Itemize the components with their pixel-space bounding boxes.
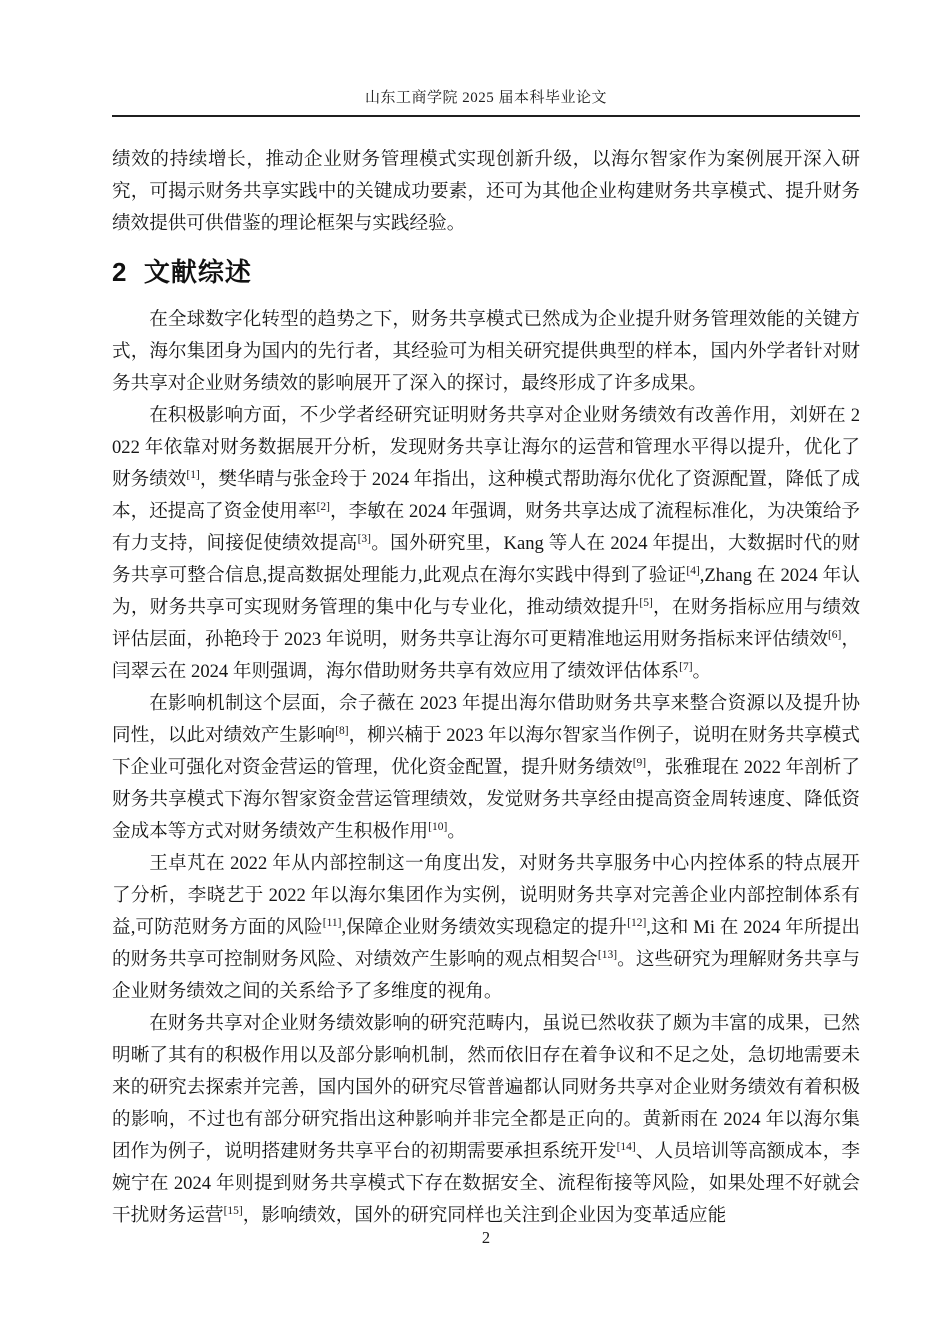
paragraph: 在财务共享对企业财务绩效影响的研究范畴内，虽说已然收获了颇为丰富的成果，已然明晰…: [112, 1008, 860, 1232]
paragraph: 王卓芃在 2022 年从内部控制这一角度出发，对财务共享服务中心内控体系的特点展…: [112, 848, 860, 1008]
citation-ref: [5]: [639, 597, 652, 609]
paragraph: 在积极影响方面，不少学者经研究证明财务共享对企业财务绩效有改善作用，刘妍在 20…: [112, 400, 860, 688]
paragraph: 在全球数字化转型的趋势之下，财务共享模式已然成为企业提升财务管理效能的关键方式，…: [112, 304, 860, 400]
paragraph: 绩效的持续增长，推动企业财务管理模式实现创新升级，以海尔智家作为案例展开深入研究…: [112, 144, 860, 240]
citation-ref: [13]: [598, 949, 617, 961]
thesis-page: 山东工商学院 2025 届本科毕业论文 绩效的持续增长，推动企业财务管理模式实现…: [0, 0, 950, 1344]
citation-ref: [3]: [358, 533, 371, 545]
citation-ref: [12]: [627, 917, 646, 929]
citation-ref: [10]: [428, 821, 447, 833]
citation-ref: [4]: [686, 565, 699, 577]
citation-ref: [11]: [323, 917, 342, 929]
citation-ref: [14]: [617, 1141, 636, 1153]
citation-ref: [15]: [224, 1205, 243, 1217]
citation-ref: [1]: [186, 469, 199, 481]
document-body: 绩效的持续增长，推动企业财务管理模式实现创新升级，以海尔智家作为案例展开深入研究…: [112, 144, 860, 1232]
citation-ref: [9]: [633, 757, 646, 769]
section-heading: 2 文献综述: [112, 251, 860, 293]
header-divider: [112, 115, 860, 117]
header-title: 山东工商学院 2025 届本科毕业论文: [365, 90, 607, 106]
page-footer: 2: [112, 1226, 860, 1250]
citation-ref: [8]: [335, 725, 348, 737]
citation-ref: [7]: [679, 661, 692, 673]
citation-ref: [6]: [828, 629, 841, 641]
paragraph: 在影响机制这个层面，佘子薇在 2023 年提出海尔借助财务共享来整合资源以及提升…: [112, 688, 860, 848]
page-header: 山东工商学院 2025 届本科毕业论文: [112, 88, 860, 115]
page-number: 2: [482, 1228, 490, 1247]
citation-ref: [2]: [317, 501, 330, 513]
